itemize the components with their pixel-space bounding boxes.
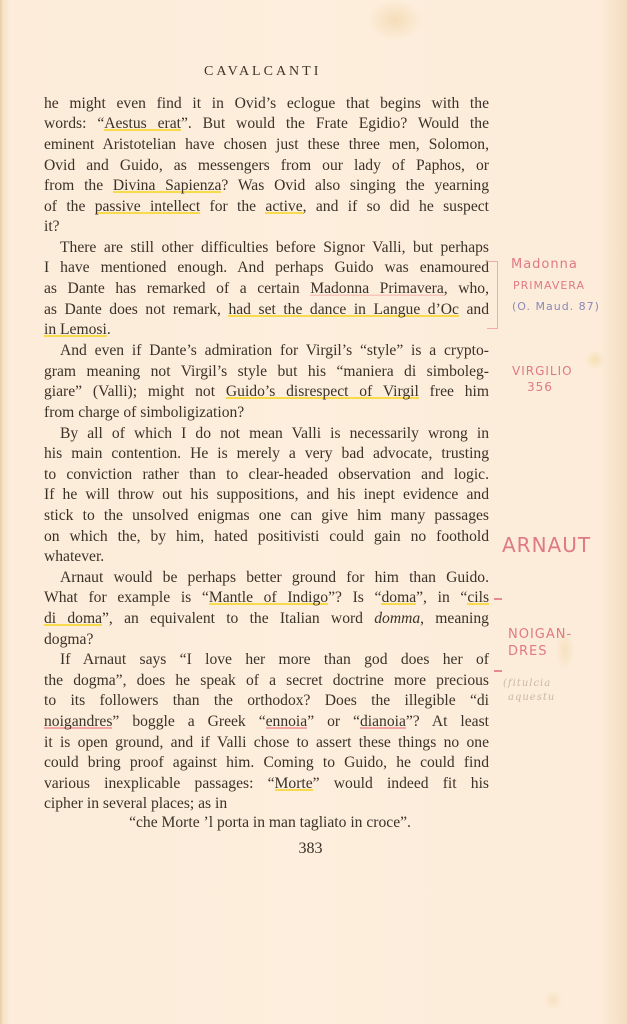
text-segment: for the bbox=[200, 198, 265, 215]
text-line: noigandres” boggle a Greek “ennoia” or “… bbox=[44, 712, 489, 732]
text-line: dogma? bbox=[44, 630, 489, 650]
yellow-underline-highlight: active bbox=[265, 198, 302, 215]
text-segment: could bring proof against him. Coming to… bbox=[44, 754, 489, 771]
margin-tick-mark bbox=[494, 598, 502, 600]
red-underline-highlight: Madonna Primavera bbox=[310, 280, 444, 297]
text-line: the dogma”, does he speak of a secret do… bbox=[44, 671, 489, 691]
text-segment: There are still other difficulties befor… bbox=[60, 239, 489, 256]
yellow-underline-highlight: Divina Sapienza bbox=[113, 177, 222, 194]
text-line: I have mentioned enough. And perhaps Gui… bbox=[44, 258, 489, 278]
handwritten-margin-note: Madonna bbox=[511, 257, 578, 272]
red-underline-highlight: ennoia bbox=[266, 713, 308, 730]
margin-tick-mark bbox=[494, 670, 502, 672]
yellow-underline-highlight: cils bbox=[467, 589, 489, 606]
text-line: There are still other difficulties befor… bbox=[44, 238, 489, 258]
handwritten-margin-note: aquestu bbox=[508, 692, 555, 703]
yellow-underline-highlight: di doma bbox=[44, 610, 102, 627]
text-line: By all of which I do not mean Valli is n… bbox=[44, 424, 489, 444]
text-segment: free him bbox=[419, 383, 489, 400]
text-segment: “che Morte ’l porta in man tagliato in c… bbox=[129, 814, 411, 831]
text-line: he might even find it in Ovid’s eclogue … bbox=[44, 94, 489, 114]
text-segment: he might even find it in Ovid’s eclogue … bbox=[44, 95, 489, 112]
text-segment: on which the, by him, hated positivisti … bbox=[44, 528, 489, 545]
text-segment: ” would indeed fit his bbox=[313, 775, 489, 792]
book-page: CAVALCANTI he might even find it in Ovid… bbox=[0, 0, 627, 1024]
text-line: various inexplicable passages: “Morte” w… bbox=[44, 774, 489, 794]
text-line: What for example is “Mantle of Indigo”? … bbox=[44, 588, 489, 608]
text-segment: it? bbox=[44, 218, 60, 235]
text-segment: domma bbox=[374, 610, 420, 627]
handwritten-margin-note: ARNAUT bbox=[502, 533, 591, 557]
yellow-underline-highlight: passive intellect bbox=[95, 198, 200, 215]
yellow-underline-highlight: in Lemosi bbox=[44, 321, 107, 338]
handwritten-margin-note: DRES bbox=[508, 644, 548, 659]
text-segment: various inexplicable passages: “ bbox=[44, 775, 275, 792]
text-segment: Arnaut would be perhaps better ground fo… bbox=[60, 569, 489, 586]
handwritten-margin-note: PRIMAVERA bbox=[513, 279, 585, 292]
running-head: CAVALCANTI bbox=[0, 64, 627, 80]
text-line: And even if Dante’s admiration for Virgi… bbox=[44, 341, 489, 361]
text-segment: Ovid and Guido, as messengers from our l… bbox=[44, 157, 489, 174]
text-segment: to its followers than the orthodox? Does… bbox=[44, 692, 489, 709]
text-segment: ”? Is “ bbox=[328, 589, 381, 606]
handwritten-margin-note: (fitulcia bbox=[503, 678, 551, 689]
text-line: of the passive intellect for the active,… bbox=[44, 197, 489, 217]
text-segment: gram meaning not Virgil’s style but his … bbox=[44, 363, 489, 380]
text-line: could bring proof against him. Coming to… bbox=[44, 753, 489, 773]
text-segment: and bbox=[459, 301, 489, 318]
text-segment: from the bbox=[44, 177, 113, 194]
yellow-underline-highlight: had set the dance in Langue d’Oc bbox=[228, 301, 459, 318]
text-segment: from charge of simboligization? bbox=[44, 404, 244, 421]
text-segment: of the bbox=[44, 198, 95, 215]
text-segment: as Dante has remarked of a certain bbox=[44, 280, 310, 297]
red-underline-highlight: noigandres bbox=[44, 713, 112, 730]
text-segment: . bbox=[107, 321, 111, 338]
text-line: from charge of simboligization? bbox=[44, 403, 489, 423]
text-segment: What for example is “ bbox=[44, 589, 209, 606]
text-segment: words: “ bbox=[44, 115, 104, 132]
text-line: to conviction rather than to clear-heade… bbox=[44, 465, 489, 485]
text-line: whatever. bbox=[44, 547, 489, 567]
yellow-underline-highlight: Aestus erat bbox=[104, 115, 181, 132]
text-segment: as Dante does not remark, bbox=[44, 301, 228, 318]
text-segment: ”. But would the Frate Egidio? Would the bbox=[181, 115, 489, 132]
text-segment: stick to the unsolved enigmas one can gi… bbox=[44, 507, 489, 524]
text-line: cipher in several places; as in bbox=[44, 794, 489, 814]
yellow-underline-highlight: Mantle of Indigo bbox=[209, 589, 328, 606]
handwritten-margin-note: 356 bbox=[527, 380, 553, 394]
page-number: 383 bbox=[0, 840, 627, 858]
text-line: stick to the unsolved enigmas one can gi… bbox=[44, 506, 489, 526]
text-line: in Lemosi. bbox=[44, 320, 489, 340]
text-line: gram meaning not Virgil’s style but his … bbox=[44, 362, 489, 382]
text-line: “che Morte ’l porta in man tagliato in c… bbox=[80, 813, 460, 833]
text-segment: ”, an equivalent to the Italian word bbox=[102, 610, 374, 627]
red-underline-highlight: dianoia bbox=[360, 713, 406, 730]
text-segment: eminent Aristotelian have chosen just th… bbox=[44, 136, 489, 153]
text-line: on which the, by him, hated positivisti … bbox=[44, 527, 489, 547]
handwritten-margin-note: (O. Maud. 87) bbox=[512, 300, 600, 313]
text-segment: ”? At least bbox=[406, 713, 489, 730]
text-segment: his main contention. He is merely a very… bbox=[44, 445, 489, 462]
text-line: as Dante has remarked of a certain Madon… bbox=[44, 279, 489, 299]
text-segment: the dogma”, does he speak of a secret do… bbox=[44, 672, 489, 689]
text-segment: ” or “ bbox=[307, 713, 360, 730]
text-segment: ”, in “ bbox=[416, 589, 467, 606]
text-line: If Arnaut says “I love her more than god… bbox=[44, 650, 489, 670]
text-line: giare” (Valli); might not Guido’s disres… bbox=[44, 382, 489, 402]
text-segment: , and if so did he suspect bbox=[303, 198, 489, 215]
margin-bracket-mark bbox=[487, 261, 498, 329]
text-segment: ” boggle a Greek “ bbox=[112, 713, 265, 730]
text-line: to its followers than the orthodox? Does… bbox=[44, 691, 489, 711]
text-segment: to conviction rather than to clear-heade… bbox=[44, 466, 489, 483]
text-segment: If Arnaut says “I love her more than god… bbox=[60, 651, 489, 668]
text-line: di doma”, an equivalent to the Italian w… bbox=[44, 609, 489, 629]
text-line: Arnaut would be perhaps better ground fo… bbox=[44, 568, 489, 588]
text-segment: By all of which I do not mean Valli is n… bbox=[60, 425, 489, 442]
text-line: it? bbox=[44, 217, 489, 237]
text-segment: ? Was Ovid also singing the yearning bbox=[221, 177, 489, 194]
text-line: as Dante does not remark, had set the da… bbox=[44, 300, 489, 320]
text-line: his main contention. He is merely a very… bbox=[44, 444, 489, 464]
handwritten-margin-note: VIRGILIO bbox=[512, 364, 573, 378]
text-segment: I have mentioned enough. And perhaps Gui… bbox=[44, 259, 489, 276]
yellow-underline-highlight: Morte bbox=[275, 775, 313, 792]
text-line: from the Divina Sapienza? Was Ovid also … bbox=[44, 176, 489, 196]
handwritten-margin-note: NOIGAN- bbox=[508, 627, 572, 642]
text-segment: , meaning bbox=[420, 610, 489, 627]
text-segment: If he will throw out his suppositions, a… bbox=[44, 486, 489, 503]
text-line: Ovid and Guido, as messengers from our l… bbox=[44, 156, 489, 176]
text-segment: it is open ground, and if Valli chose to… bbox=[44, 734, 489, 751]
text-segment: And even if Dante’s admiration for Virgi… bbox=[60, 342, 489, 359]
text-line: If he will throw out his suppositions, a… bbox=[44, 485, 489, 505]
yellow-underline-highlight: doma bbox=[381, 589, 416, 606]
text-segment: giare” (Valli); might not bbox=[44, 383, 226, 400]
text-segment: dogma? bbox=[44, 631, 93, 648]
yellow-underline-highlight: Guido’s disrespect of Virgil bbox=[226, 383, 419, 400]
text-segment: cipher in several places; as in bbox=[44, 795, 227, 812]
text-line: eminent Aristotelian have chosen just th… bbox=[44, 135, 489, 155]
text-line: it is open ground, and if Valli chose to… bbox=[44, 733, 489, 753]
text-line: words: “Aestus erat”. But would the Frat… bbox=[44, 114, 489, 134]
text-segment: , who, bbox=[444, 280, 489, 297]
text-segment: whatever. bbox=[44, 548, 104, 565]
